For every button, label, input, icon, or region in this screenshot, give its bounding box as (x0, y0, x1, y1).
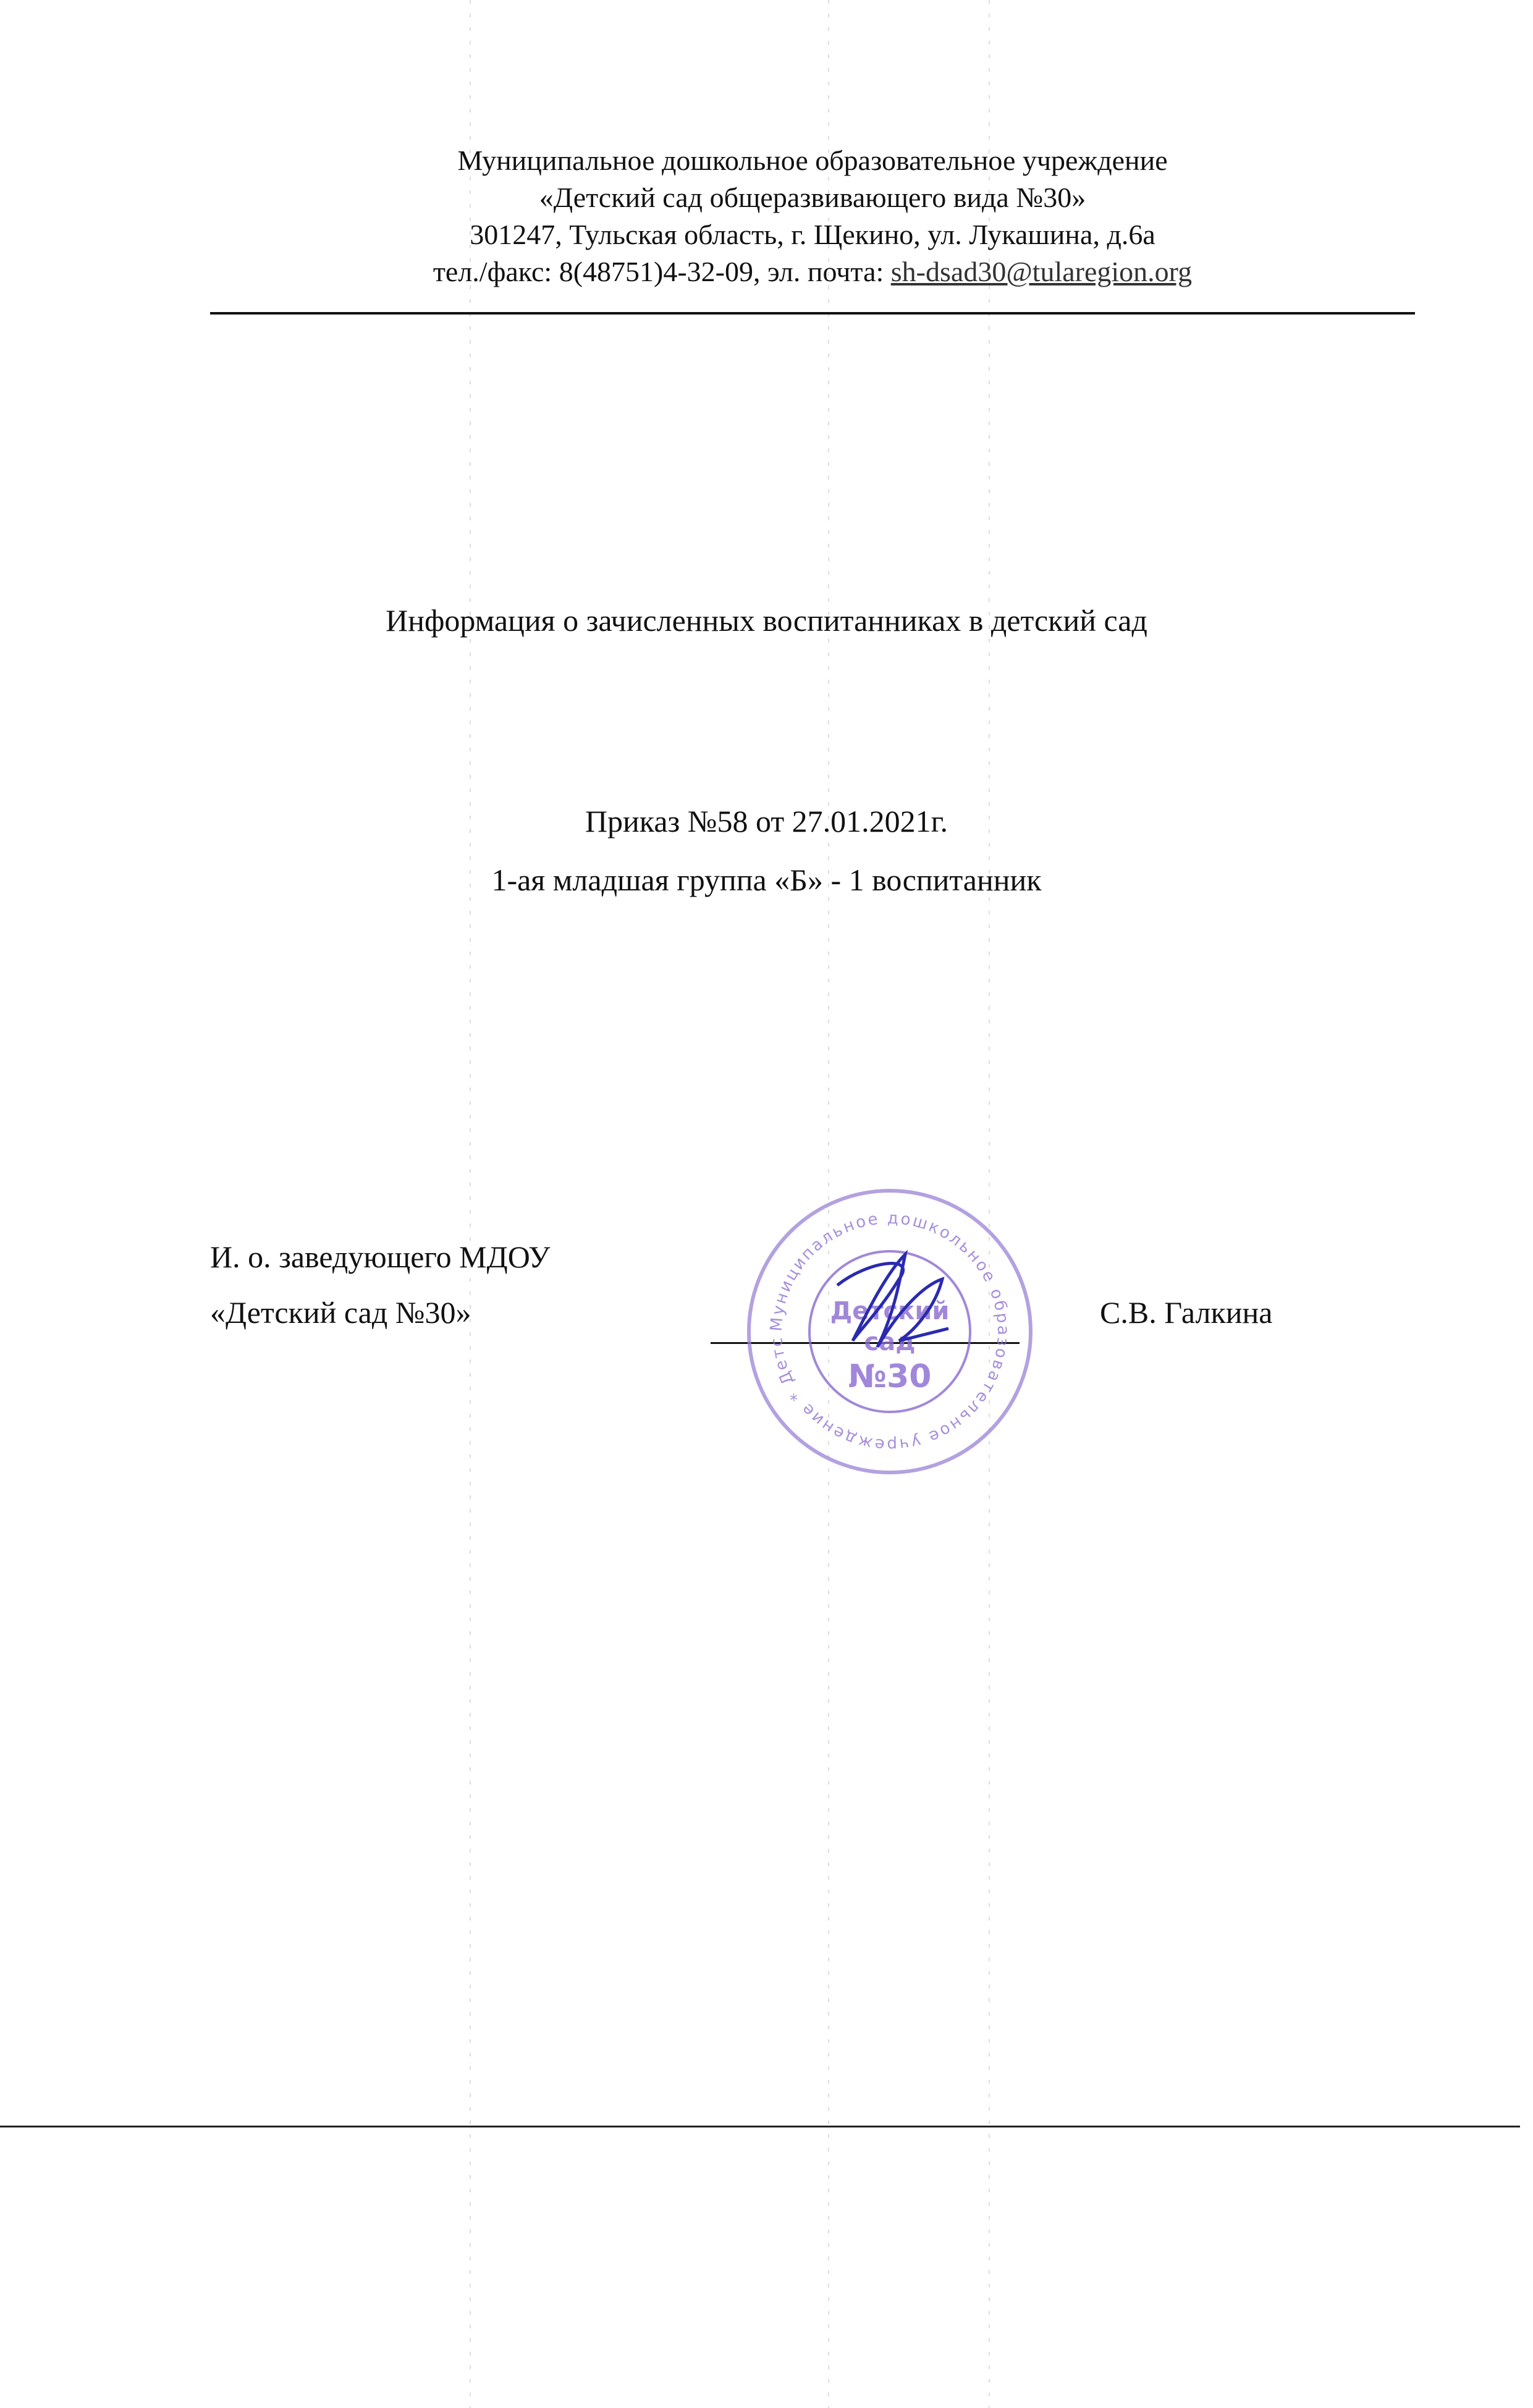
stamp-text-mid: сад (864, 1328, 915, 1356)
stamp-text-bottom: №30 (848, 1358, 932, 1395)
scan-artifact (470, 0, 471, 2408)
document-page: Муниципальное дошкольное образовательное… (0, 0, 1533, 2408)
institution-type: Муниципальное дошкольное образовательное… (210, 142, 1415, 179)
official-stamp: Муниципальное дошкольное образовательное… (745, 1186, 1035, 1477)
signer-organization: «Детский сад №30» (210, 1295, 471, 1330)
signer-name: С.В. Галкина (1100, 1295, 1272, 1330)
email-link[interactable]: sh-dsad30@tularegion.org (891, 256, 1192, 287)
institution-address: 301247, Тульская область, г. Щекино, ул.… (210, 216, 1415, 253)
institution-name: «Детский сад общеразвивающего вида №30» (210, 179, 1415, 216)
footer-divider (0, 2126, 1520, 2127)
order-reference: Приказ №58 от 27.01.2021г. (0, 803, 1533, 839)
header-divider (210, 312, 1415, 315)
document-title: Информация о зачисленных воспитанниках в… (0, 602, 1533, 638)
letterhead: Муниципальное дошкольное образовательное… (210, 142, 1415, 290)
institution-contacts: тел./факс: 8(48751)4-32-09, эл. почта: s… (210, 253, 1415, 290)
signer-role: И. о. заведующего МДОУ (210, 1239, 550, 1275)
group-enrollment: 1-ая младшая группа «Б» - 1 воспитанник (0, 862, 1533, 898)
